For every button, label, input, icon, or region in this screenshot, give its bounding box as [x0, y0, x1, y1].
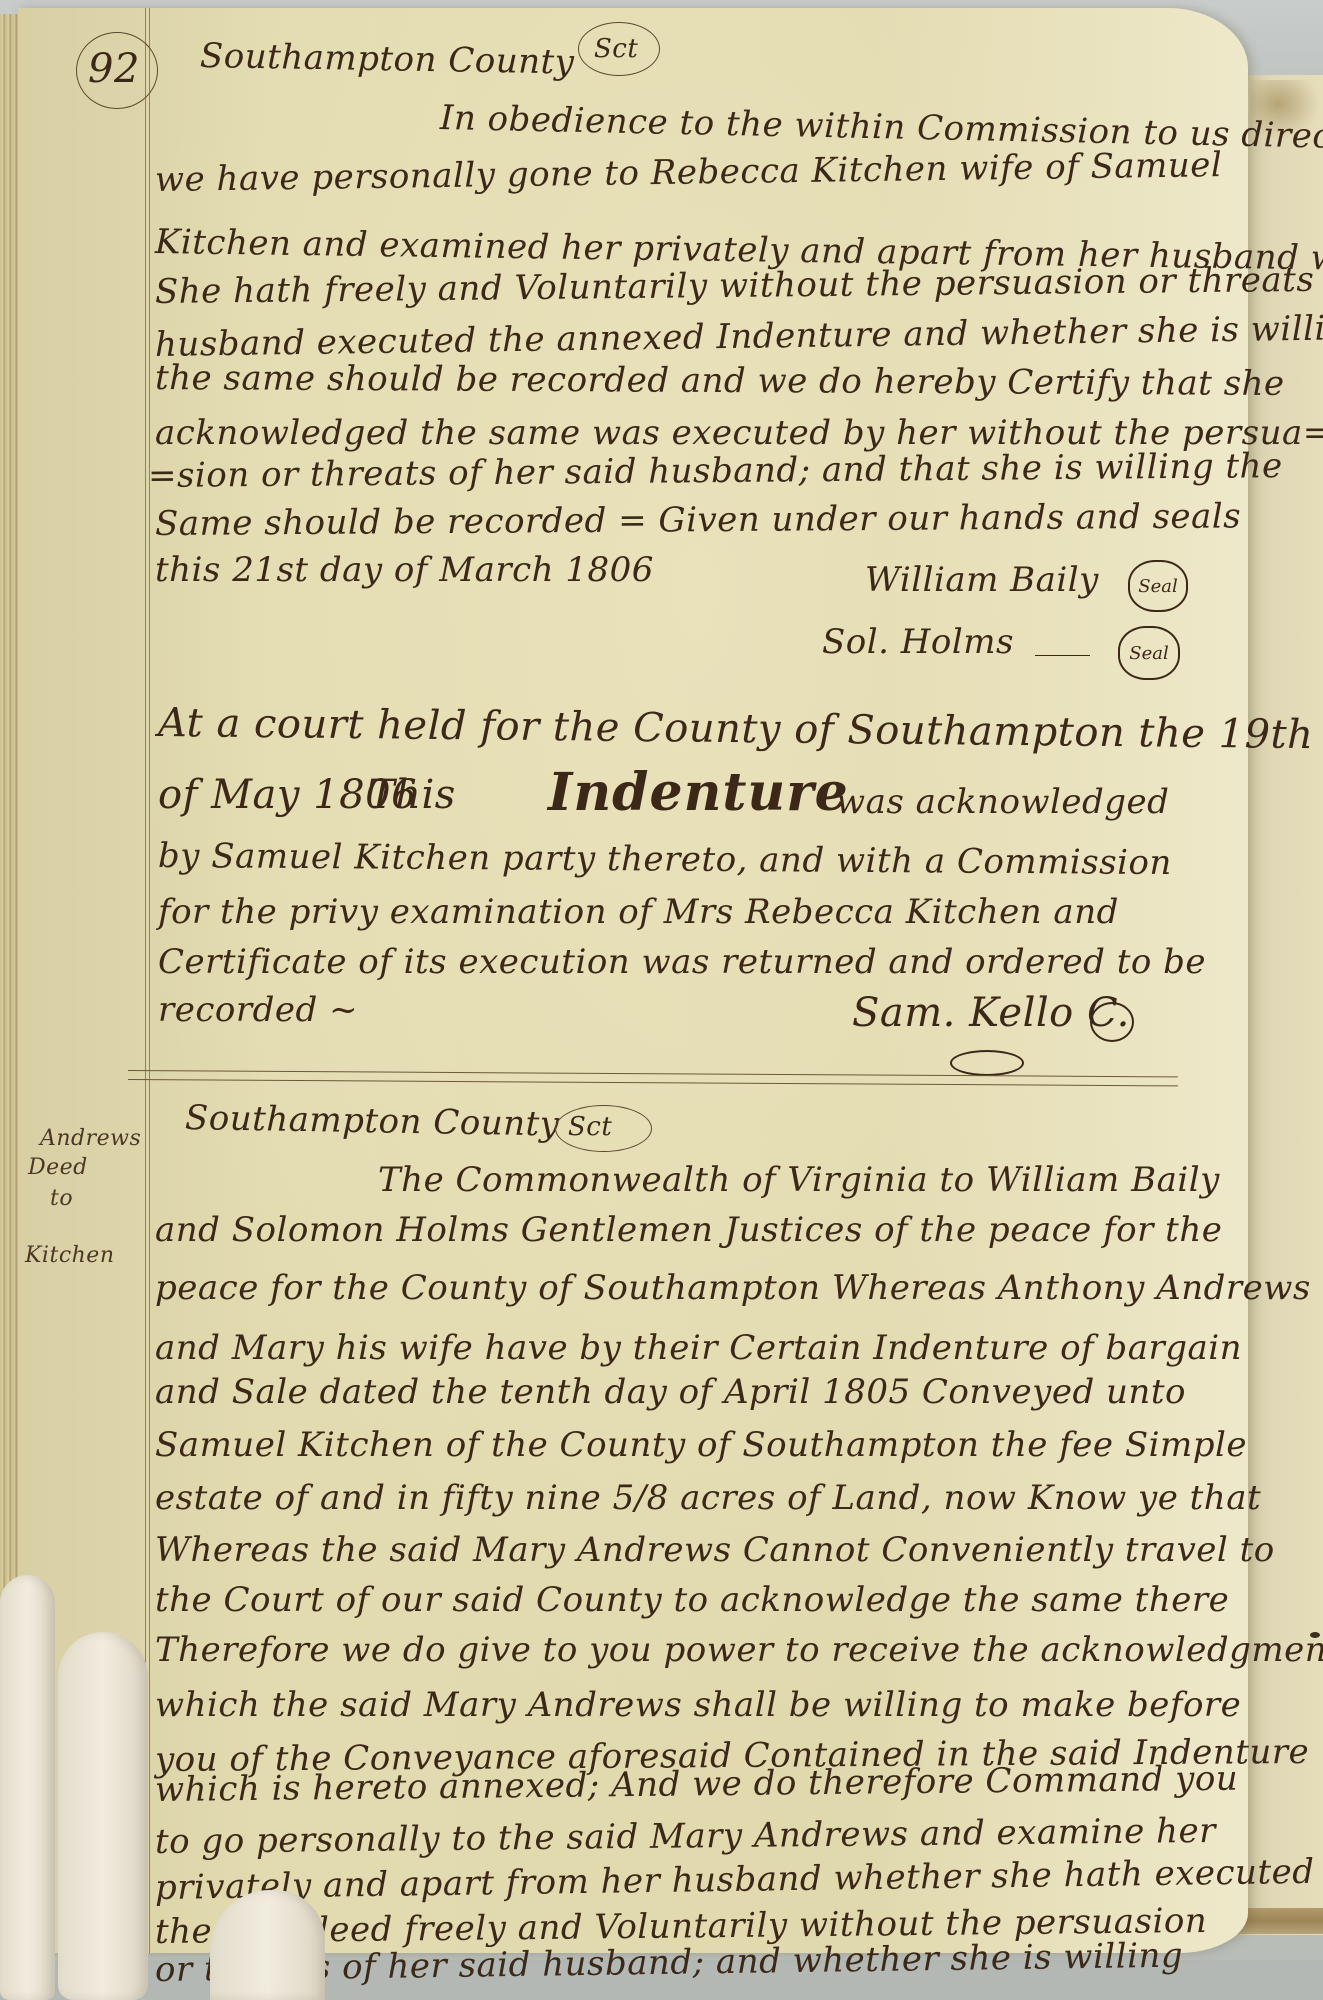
signature-william-baily: William Baily: [865, 560, 1099, 600]
court-record-line: by Samuel Kitchen party thereto, and wit…: [158, 836, 1172, 883]
seal-mark: Seal: [1118, 626, 1180, 680]
commission-line: which the said Mary Andrews shall be wil…: [155, 1685, 1241, 1725]
commission-line: Samuel Kitchen of the County of Southamp…: [155, 1425, 1247, 1465]
gloved-thumb: [210, 1890, 325, 2000]
commission-line: The Commonwealth of Virginia to William …: [378, 1160, 1220, 1200]
margin-note-line: to: [50, 1186, 73, 1211]
signature-flourish: [1090, 1002, 1134, 1042]
certificate-line: Same should be recorded = Given under ou…: [155, 496, 1241, 544]
margin-rule-right: [149, 8, 150, 1953]
seal-mark: Seal: [1128, 560, 1188, 612]
commission-line: Whereas the said Mary Andrews Cannot Con…: [155, 1530, 1275, 1570]
indenture-title: Indenture: [548, 762, 849, 823]
court-record-this: This: [368, 772, 456, 818]
commission-line: and Solomon Holms Gentlemen Justices of …: [155, 1210, 1222, 1250]
court-record-line: for the privy examination of Mrs Rebecca…: [158, 892, 1119, 932]
commission-line: and Mary his wife have by their Certain …: [155, 1328, 1242, 1368]
page-number: 92: [88, 46, 140, 92]
commission-line: peace for the County of Southampton Wher…: [155, 1268, 1311, 1308]
clerk-signature: Sam. Kello C.: [852, 990, 1130, 1036]
commission-heading: Southampton County: [185, 1098, 560, 1145]
court-record-line: Certificate of its execution was returne…: [158, 942, 1206, 982]
margin-note-line: Deed: [28, 1155, 88, 1180]
signature-sol-holms: Sol. Holms: [822, 622, 1014, 662]
seal-label: Seal: [1129, 643, 1168, 664]
certificate-heading-bracket: Sct: [594, 34, 638, 64]
certificate-heading: Southampton County: [200, 36, 575, 83]
commission-line: the Court of our said County to acknowle…: [155, 1580, 1229, 1620]
margin-note-line: Andrews: [40, 1126, 141, 1151]
seal-label: Seal: [1138, 576, 1177, 597]
commission-line: Therefore we do give to you power to rec…: [155, 1630, 1323, 1670]
gloved-finger-left: [0, 1575, 55, 2000]
court-record-line: recorded ~: [158, 990, 358, 1030]
signature-flourish: [950, 1050, 1024, 1076]
gloved-finger-middle: [58, 1632, 148, 2000]
commission-line: estate of and in fifty nine 5/8 acres of…: [155, 1478, 1261, 1518]
certificate-date: this 21st day of March 1806: [155, 550, 654, 590]
margin-note-line: Kitchen: [25, 1243, 115, 1268]
court-record-line: was acknowledged: [836, 782, 1169, 822]
certificate-line: the same should be recorded and we do he…: [155, 358, 1285, 404]
signature-dash: [1035, 655, 1090, 656]
commission-heading-bracket: Sct: [568, 1112, 612, 1142]
commission-line: and Sale dated the tenth day of April 18…: [155, 1372, 1186, 1412]
